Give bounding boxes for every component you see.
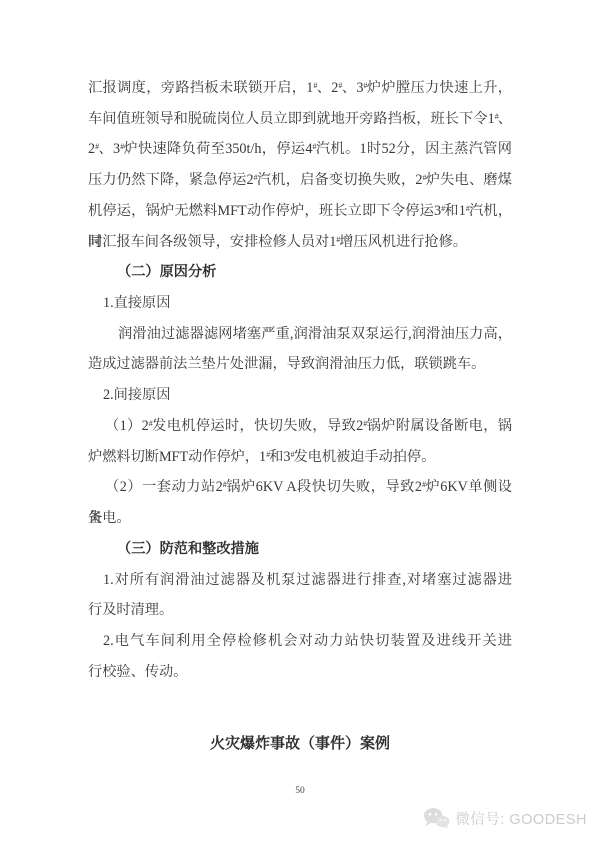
text-line: 行校验、传动。	[88, 657, 512, 688]
text-line: 机停运，锅炉无燃料MFT动作停炉，班长立即下令停运3#和1#汽机，同	[88, 196, 512, 227]
page-number: 50	[0, 786, 600, 796]
wechat-icon	[423, 807, 450, 829]
text-line: 汇报调度，旁路挡板未联锁开启，1#、2#、3#炉炉膛压力快速上升，	[88, 73, 512, 104]
section-heading-prevention-measures: （三）防范和整改措施	[88, 534, 512, 565]
text-line: （1）2#发电机停运时，快切失败，导致2#锅炉附属设备断电，锅	[88, 411, 512, 442]
text-line: 2#、3#炉快速降负荷至350t/h，停运4#汽机。1时52分，因主蒸汽管网	[88, 134, 512, 165]
section-heading-cause-analysis: （二）原因分析	[88, 257, 512, 288]
text-line: 时汇报车间各级领导，安排检修人员对1#增压风机进行抢修。	[88, 227, 512, 258]
text-line: 造成过滤器前法兰垫片处泄漏，导致润滑油压力低，联锁跳车。	[88, 349, 512, 380]
text-line: 1.对所有润滑油过滤器及机泵过滤器进行排查,对堵塞过滤器进	[88, 565, 512, 596]
text-line: （2）一套动力站2#锅炉6KV A段快切失败，导致2#炉6KV单侧设备	[88, 472, 512, 503]
list-item-title: 1.直接原因	[88, 288, 512, 319]
text-line: 润滑油过滤器滤网堵塞严重,润滑油泵双泵运行,润滑油压力高，	[88, 319, 512, 350]
text-line: 压力仍然下降，紧急停运2#汽机，启备变切换失败，2#炉失电、磨煤	[88, 165, 512, 196]
text-line: 2.电气车间利用全停检修机会对动力站快切装置及进线开关进	[88, 626, 512, 657]
text-line: 车间值班领导和脱硫岗位人员立即到就地开旁路挡板，班长下令1#、	[88, 104, 512, 135]
case-section-title: 火灾爆炸事故（事件）案例	[0, 729, 600, 759]
text-line: 炉燃料切断MFT动作停炉，1#和3#发电机被迫手动拍停。	[88, 442, 512, 473]
watermark-label: 微信号: GOODESH	[455, 808, 587, 829]
list-item-title: 2.间接原因	[88, 380, 512, 411]
text-block: 汇报调度，旁路挡板未联锁开启，1#、2#、3#炉炉膛压力快速上升， 车间值班领导…	[88, 73, 512, 687]
watermark: 微信号: GOODESH	[423, 805, 587, 831]
text-line: 行及时清理。	[88, 595, 512, 626]
document-page: 汇报调度，旁路挡板未联锁开启，1#、2#、3#炉炉膛压力快速上升， 车间值班领导…	[0, 0, 600, 848]
text-line: 失电。	[88, 503, 512, 534]
